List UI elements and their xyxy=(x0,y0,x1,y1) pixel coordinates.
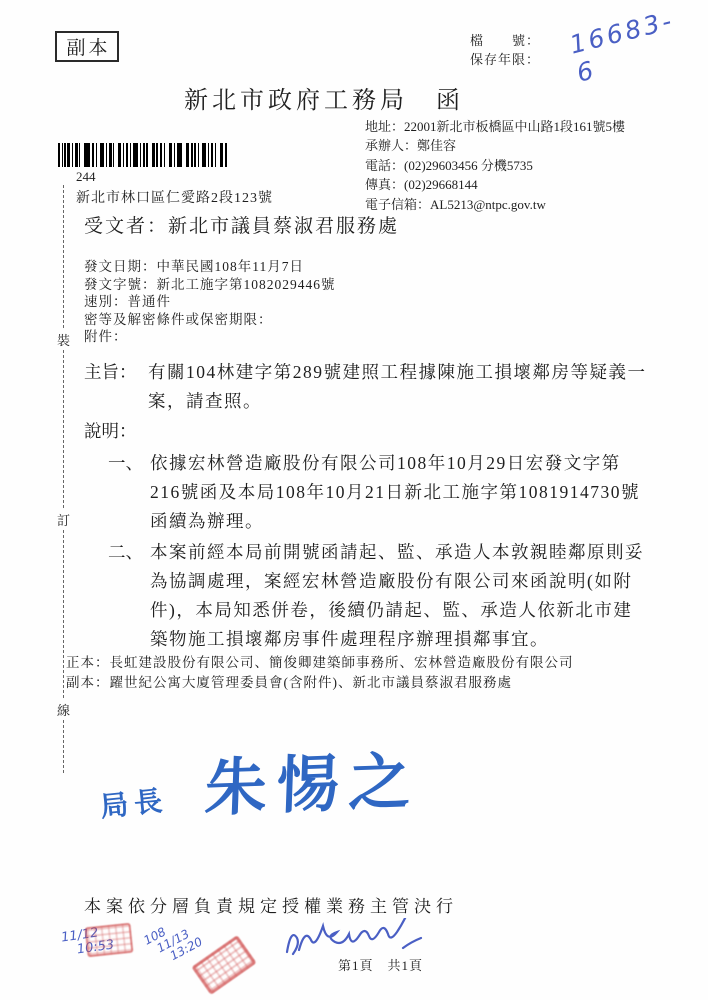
barcode-number: 244 xyxy=(76,169,96,185)
description-label: 說明： xyxy=(84,418,137,443)
binding-mark: 線 xyxy=(55,700,72,719)
description-item: 一、 依據宏林營造廠股份有限公司108年10月29日宏發文字第216號函及本局1… xyxy=(108,449,650,536)
binding-mark: 裝 xyxy=(55,330,72,349)
binding-mark: 訂 xyxy=(55,510,72,529)
agency-phone: 電話：(02)29603456 分機5735 xyxy=(365,156,625,175)
document-number: 發文字號：新北工施字第1082029446號 xyxy=(84,276,336,294)
director-signature: 朱惕之 xyxy=(204,731,423,828)
agency-address: 地址：22001新北市板橋區中山路1段161號5樓 xyxy=(365,117,625,136)
item-text: 本案前經本局前開號函請起、監、承造人本敦親睦鄰原則妥為協調處理，案經宏林營造廠股… xyxy=(150,538,650,654)
agency-contact-block: 地址：22001新北市板橋區中山路1段161號5樓 承辦人：鄭佳容 電話：(02… xyxy=(365,117,625,214)
agency-fax: 傳真：(02)29668144 xyxy=(365,175,625,194)
attachment-label: 附件： xyxy=(84,328,336,346)
agency-email: 電子信箱：AL5213@ntpc.gov.tw xyxy=(365,195,625,214)
item-text: 依據宏林營造廠股份有限公司108年10月29日宏發文字第216號函及本局108年… xyxy=(150,449,650,536)
handwritten-timestamp: 108 11/13 13:20 xyxy=(142,912,205,970)
document-title: 新北市政府工務局 函 xyxy=(0,80,648,115)
subject-section: 主旨： 有關104林建字第289號建照工程據陳施工損壞鄰房等疑義一案，請查照。 xyxy=(84,358,650,416)
security-classification: 密等及解密條件或保密期限： xyxy=(84,311,336,329)
archive-labels: 檔 號： 保存年限： xyxy=(470,31,540,69)
recipient-address: 新北市林口區仁愛路2段123號 xyxy=(76,187,273,207)
copy-stamp: 副本 xyxy=(55,31,119,62)
binding-margin-line xyxy=(63,185,64,773)
document-meta-block: 發文日期：中華民國108年11月7日 發文字號：新北工施字第1082029446… xyxy=(84,258,336,346)
description-item: 二、 本案前經本局前開號函請起、監、承造人本敦親睦鄰原則妥為協調處理，案經宏林營… xyxy=(108,538,650,654)
item-number: 一、 xyxy=(108,449,150,536)
signature-title: 局長 xyxy=(98,779,170,826)
authorization-note: 本案依分層負責規定授權業務主管決行 xyxy=(84,892,458,917)
issue-date: 發文日期：中華民國108年11月7日 xyxy=(84,258,336,276)
mailing-barcode xyxy=(58,143,228,167)
copy-recipients: 副本：躍世紀公寓大廈管理委員會(含附件)、新北市議員蔡淑君服務處 xyxy=(66,671,512,691)
recipient-line: 受文者：新北市議員蔡淑君服務處 xyxy=(84,211,399,238)
subject-label: 主旨： xyxy=(84,358,148,416)
agency-contact-person: 承辦人：鄭佳容 xyxy=(365,136,625,155)
subject-text: 有關104林建字第289號建照工程據陳施工損壞鄰房等疑義一案，請查照。 xyxy=(148,358,648,416)
original-recipients: 正本：長虹建設股份有限公司、簡俊卿建築師事務所、宏林營造廠股份有限公司 xyxy=(66,651,574,671)
file-no-label: 檔 號： xyxy=(470,31,540,50)
delivery-speed: 速別：普通件 xyxy=(84,293,336,311)
page-number: 第1頁 共1頁 xyxy=(338,955,423,974)
official-letter-page: 副本 檔 號： 保存年限： 16683-6 新北市政府工務局 函 地址：2200… xyxy=(0,0,708,1000)
item-number: 二、 xyxy=(108,538,150,654)
name-chop-stamp xyxy=(85,923,134,958)
retention-label: 保存年限： xyxy=(470,50,540,69)
handwritten-file-number: 16683-6 xyxy=(567,2,697,87)
